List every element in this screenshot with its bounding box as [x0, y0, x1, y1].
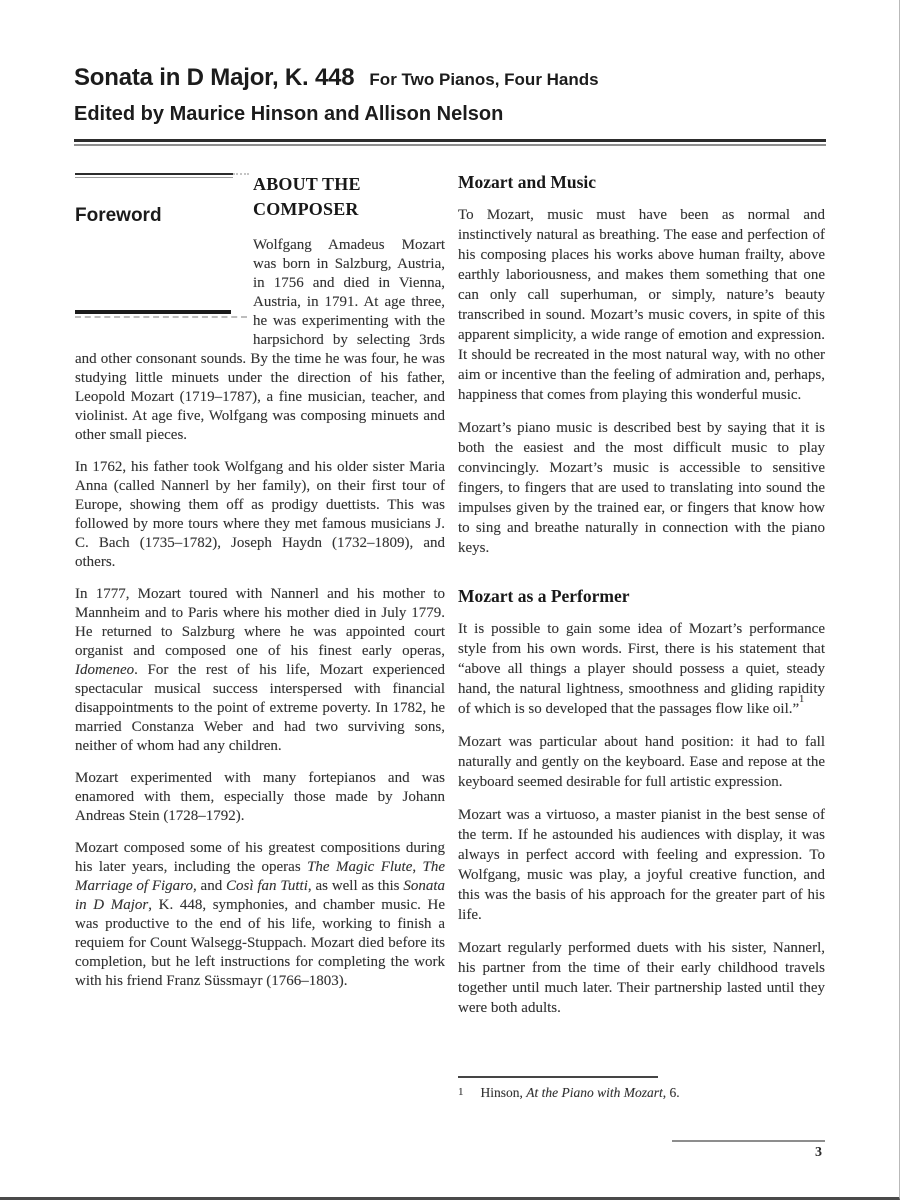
text-run: Mozart’s piano music is described best b…: [458, 420, 825, 556]
paragraph: In 1777, Mozart toured with Nannerl and …: [75, 585, 445, 756]
text-run: Mozart regularly performed duets with hi…: [458, 940, 825, 1016]
page-title: Sonata in D Major, K. 448: [74, 64, 354, 92]
foreword-top-rule: [75, 173, 233, 178]
mozart-and-music-paragraphs: To Mozart, music must have been as norma…: [458, 205, 825, 558]
paragraph: In 1762, his father took Wolfgang and hi…: [75, 458, 445, 572]
right-column: Mozart and Music To Mozart, music must h…: [458, 170, 825, 1031]
italic-text: Così fan Tutti: [226, 878, 308, 894]
editors-line: Edited by Maurice Hinson and Allison Nel…: [74, 103, 826, 126]
italic-text: The Magic Flute: [307, 859, 412, 875]
text-run: In 1762, his father took Wolfgang and hi…: [75, 459, 445, 570]
text-run: Mozart was particular about hand positio…: [458, 734, 825, 790]
text-run: Hinson,: [481, 1085, 527, 1100]
page-subtitle: For Two Pianos, Four Hands: [369, 70, 598, 90]
paragraph: Mozart was a virtuoso, a master pianist …: [458, 805, 825, 925]
text-run: To Mozart, music must have been as norma…: [458, 207, 825, 403]
text-run: Mozart was a virtuoso, a master pianist …: [458, 807, 825, 923]
page-header: Sonata in D Major, K. 448 For Two Pianos…: [74, 64, 826, 146]
footnote-rule: [458, 1076, 658, 1078]
title-line: Sonata in D Major, K. 448 For Two Pianos…: [74, 64, 826, 92]
paragraph: Mozart experimented with many fortepiano…: [75, 769, 445, 826]
foreword-label: Foreword: [75, 206, 162, 225]
text-run: In 1777, Mozart toured with Nannerl and …: [75, 586, 445, 659]
text-run: Mozart experimented with many fortepiano…: [75, 770, 445, 824]
section-mozart-as-performer: Mozart as a Performer It is possible to …: [458, 586, 825, 1018]
footnote-text: 1Hinson, At the Piano with Mozart, 6.: [458, 1085, 825, 1101]
about-the-composer-paragraphs: Wolfgang Amadeus Mozart was born in Salz…: [75, 236, 445, 991]
footnote: 1Hinson, At the Piano with Mozart, 6.: [458, 1076, 825, 1101]
paragraph: It is possible to gain some idea of Moza…: [458, 619, 825, 719]
text-run: , and: [193, 878, 226, 894]
page-footer: 3: [672, 1140, 825, 1161]
foreword-box: Foreword: [75, 170, 253, 336]
foreword-bottom-rule: [75, 310, 231, 314]
page-number: 3: [672, 1145, 825, 1161]
section-mozart-and-music: Mozart and Music To Mozart, music must h…: [458, 172, 825, 558]
mozart-and-music-heading: Mozart and Music: [458, 172, 825, 192]
paragraph: Mozart composed some of his greatest com…: [75, 839, 445, 991]
text-run: , 6.: [663, 1085, 680, 1100]
two-column-body: Foreword ABOUT THE COMPOSER Wolfgang Ama…: [75, 170, 825, 1031]
italic-text: Idomeneo: [75, 662, 134, 678]
header-double-rule: [74, 139, 826, 146]
text-run: ,: [412, 859, 422, 875]
mozart-as-performer-paragraphs: It is possible to gain some idea of Moza…: [458, 619, 825, 1018]
paragraph: Mozart was particular about hand positio…: [458, 732, 825, 792]
text-run: , as well as this: [308, 878, 403, 894]
scanned-page: Sonata in D Major, K. 448 For Two Pianos…: [0, 0, 900, 1200]
italic-text: At the Piano with Mozart: [526, 1085, 663, 1100]
footnote-citation: Hinson, At the Piano with Mozart, 6.: [481, 1085, 680, 1100]
footnote-reference: 1: [799, 694, 804, 705]
paragraph: To Mozart, music must have been as norma…: [458, 205, 825, 405]
text-run: It is possible to gain some idea of Moza…: [458, 621, 825, 717]
page-footer-rule: [672, 1140, 825, 1142]
paragraph: Mozart’s piano music is described best b…: [458, 418, 825, 558]
footnote-marker: 1: [458, 1086, 464, 1098]
paragraph: Mozart regularly performed duets with hi…: [458, 938, 825, 1018]
left-column: Foreword ABOUT THE COMPOSER Wolfgang Ama…: [75, 170, 445, 1031]
mozart-as-performer-heading: Mozart as a Performer: [458, 586, 825, 606]
